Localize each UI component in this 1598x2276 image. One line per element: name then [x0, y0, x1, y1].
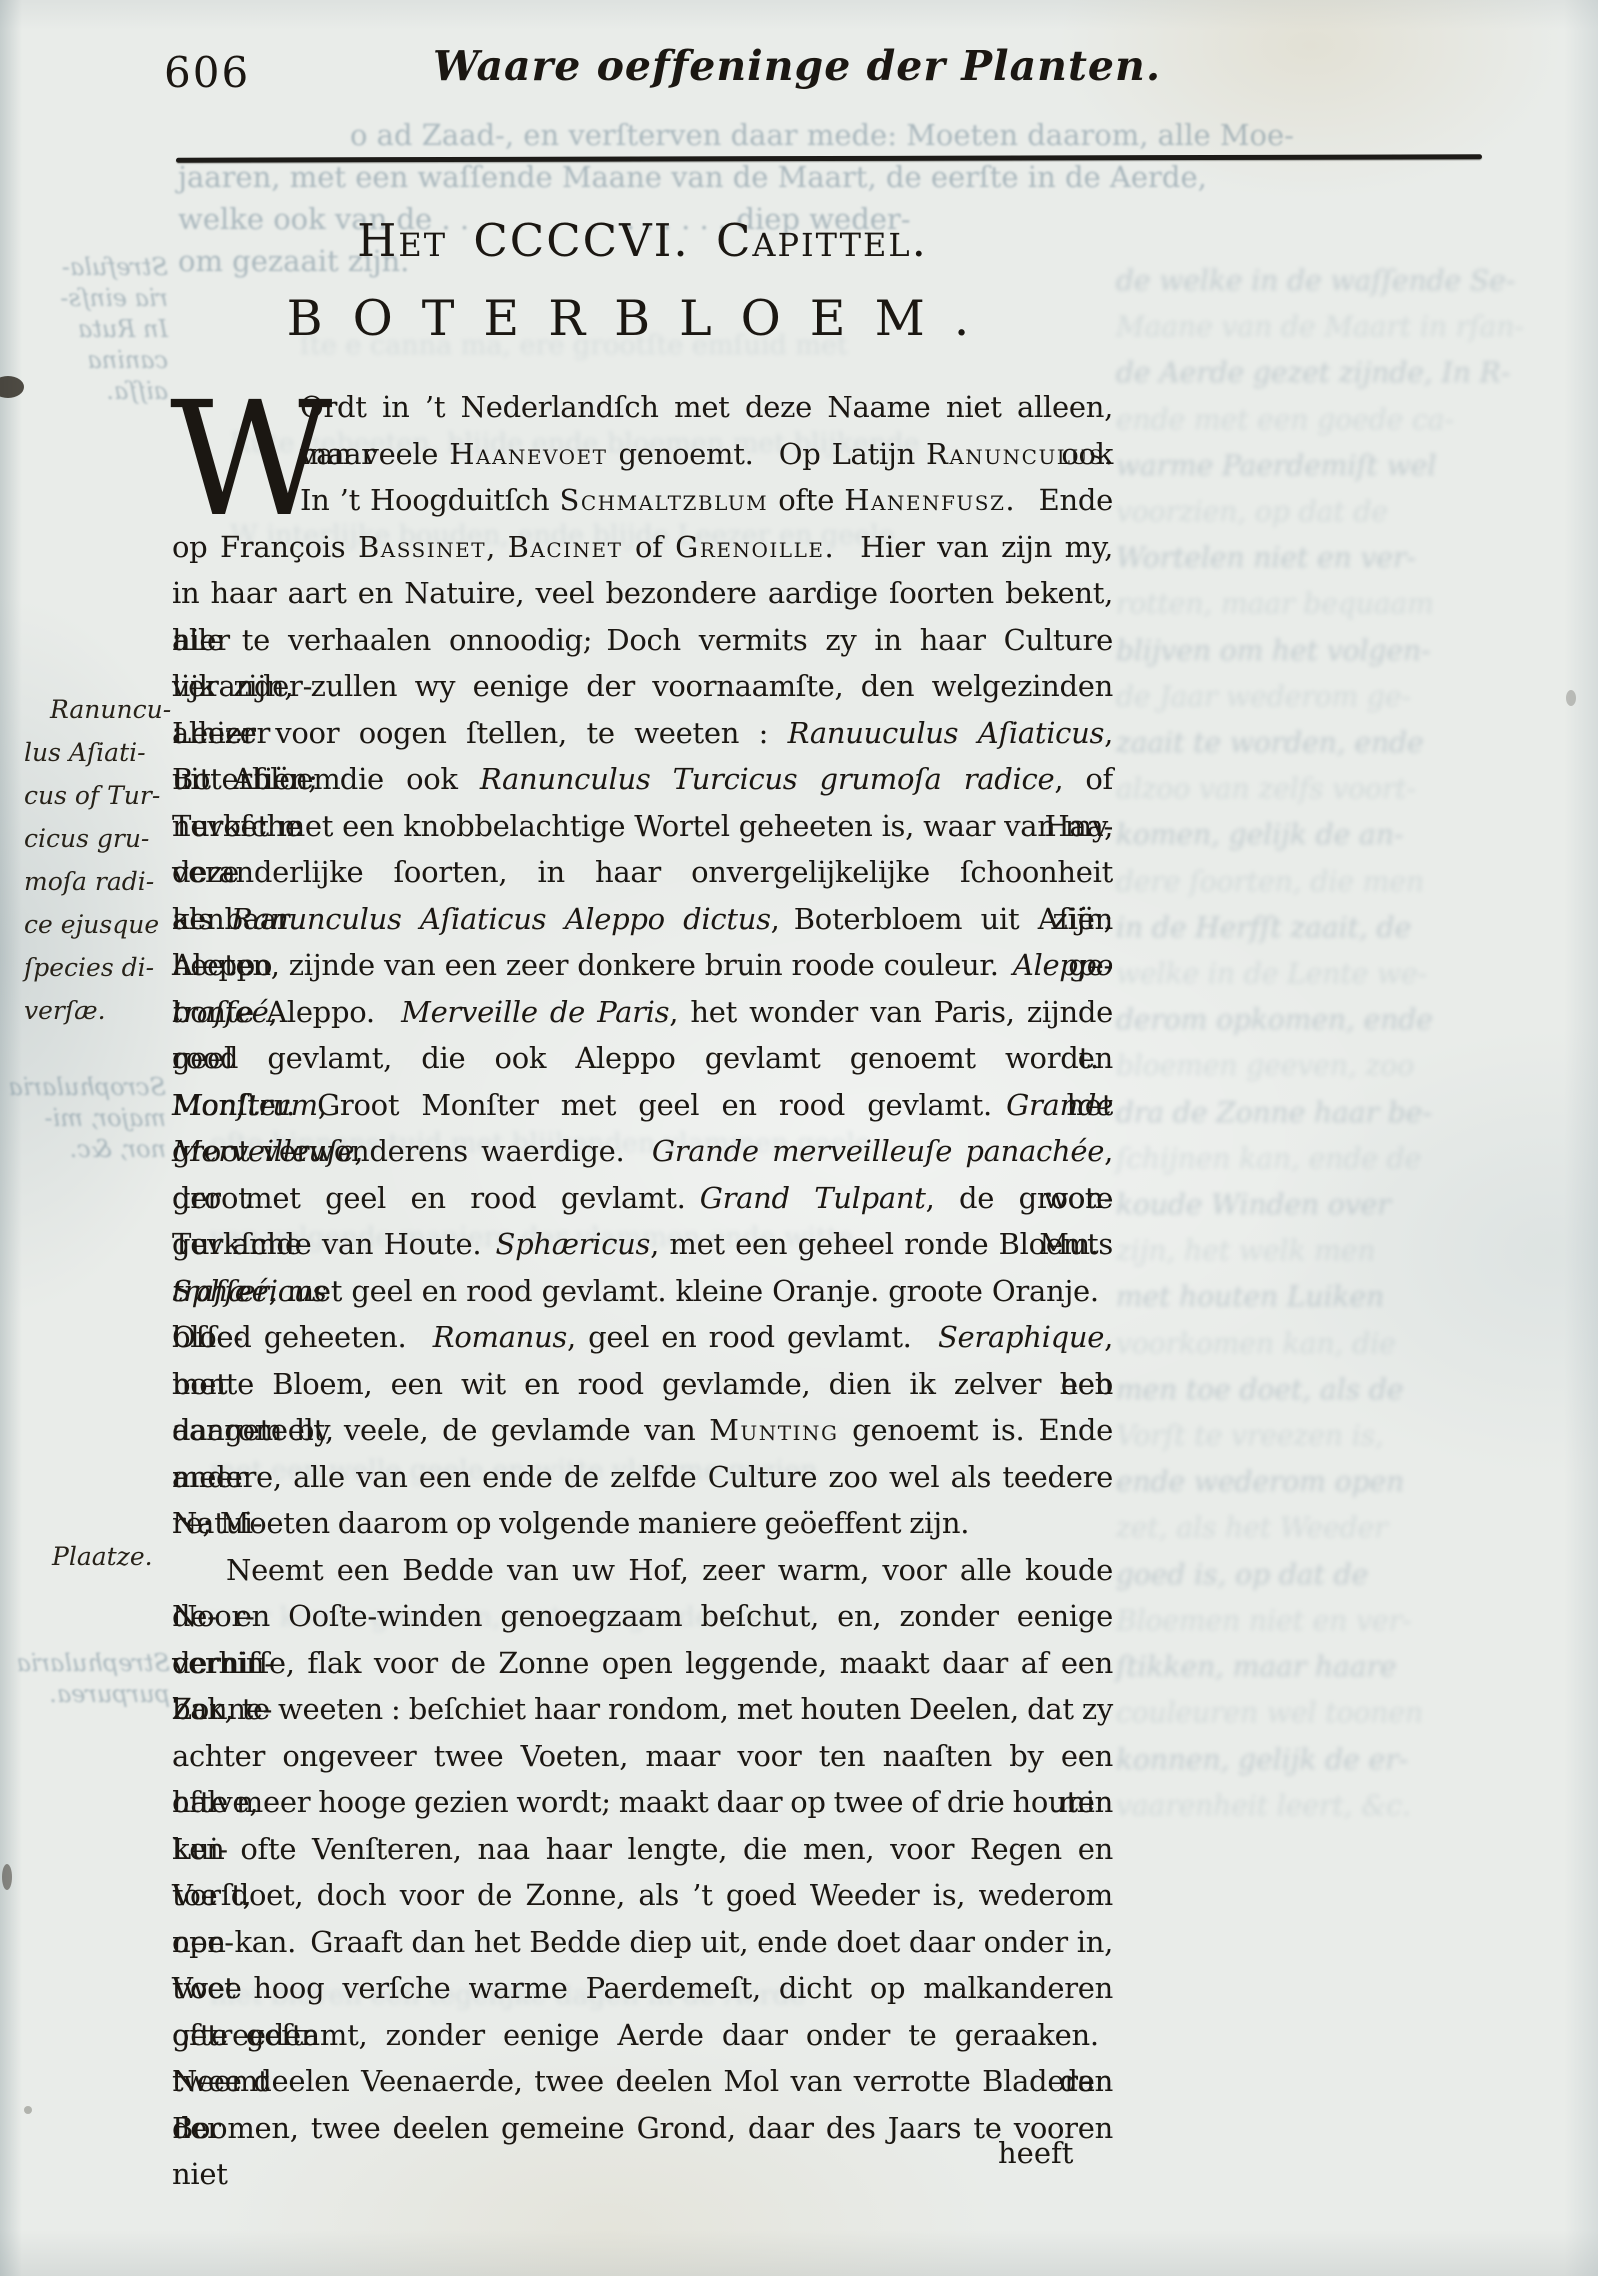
- body-text: alhier voor oogen ſtellen, te weeten :: [172, 716, 788, 750]
- chapter-title: BOTERBLOEM.: [172, 290, 1113, 347]
- body-line: In ’t Hoogduitſch Schmaltzblum ofte Hane…: [172, 477, 1113, 524]
- body-line: ofte geſtamt, zonder eenige Aerde daar o…: [172, 2012, 1113, 2059]
- page-number: 606: [164, 48, 250, 97]
- body-text: re; Moeten daarom op volgende maniere ge…: [172, 1506, 969, 1540]
- name-small-caps: Schmaltzblum: [559, 483, 768, 517]
- bleedthrough-line: ſchijnen kan, ende de: [1116, 1136, 1540, 1182]
- bleedthrough-line: couleuren wel toonen: [1116, 1690, 1540, 1736]
- body-text: In ’t Hoogduitſch: [300, 483, 559, 517]
- plant-name-italic: Romanus: [433, 1320, 567, 1354]
- body-text: heeten, zijnde van een zeer donkere brui…: [172, 948, 1013, 982]
- bleedthrough-line: dere ſoorten, die men: [1116, 859, 1540, 905]
- bleedthrough-right-column: de welke in de waſſende Se-Maane van de …: [1116, 258, 1540, 1829]
- body-line: nen kan. Graaft dan het Bedde diep uit, …: [172, 1919, 1113, 1966]
- body-line: veranderlijke ſoorten, in haar onvergeli…: [172, 849, 1113, 896]
- name-small-caps: Bassinet: [358, 530, 486, 564]
- bleedthrough-line: canina: [26, 345, 168, 376]
- body-line: daarom by veele, de gevlamde van Munting…: [172, 1407, 1113, 1454]
- body-line: Monſter. Groot Monſter met geel en rood …: [172, 1082, 1113, 1129]
- body-line: Ordt in ’t Nederlandſch met deze Naame n…: [172, 384, 1113, 431]
- body-text: ofte: [768, 483, 844, 517]
- ink-speck: [0, 376, 24, 398]
- body-line: groot verwonderens waerdige. Grande merv…: [172, 1128, 1113, 1175]
- body-text: uit Aſiën; die ook: [172, 762, 480, 796]
- body-text: van veele: [300, 437, 449, 471]
- bleedthrough-note: Strephulariapurpurea.: [28, 1648, 170, 1710]
- body-line: ofte meer hooge gezien wordt; maakt daar…: [172, 1779, 1113, 1826]
- bleedthrough-line: komen, gelijk de an-: [1116, 812, 1540, 858]
- plant-name-italic: Ranuuculus Aſiaticus: [788, 716, 1104, 750]
- body-text: genoemt. Op Latijn: [607, 437, 926, 471]
- body-text: ,: [486, 530, 507, 564]
- bleedthrough-note: Scrophulariamajor, mi-nor, &c.: [18, 1072, 166, 1165]
- plant-name-italic: Ranunculus Turcicus grumoſa radice: [480, 762, 1054, 796]
- body-text: bloed geheeten.: [172, 1320, 433, 1354]
- running-title: Waare oeffeninge der Planten.: [433, 42, 1161, 90]
- name-small-caps: Grenoille: [675, 530, 824, 564]
- body-line: toe doet, doch voor de Zonne, als ’t goe…: [172, 1872, 1113, 1919]
- margin-note-line: lus Aſiati-: [24, 731, 164, 774]
- margin-note-place: Plaatze.: [52, 1542, 153, 1571]
- name-small-caps: Haanevoet: [449, 437, 607, 471]
- bleedthrough-line: bloemen geeven, zoo: [1116, 1043, 1540, 1089]
- body-line: in haar aart en Natuire, veel bezondere …: [172, 570, 1113, 617]
- catchword: heeft: [998, 2136, 1073, 2170]
- body-line: re; Moeten daarom op volgende maniere ge…: [172, 1500, 1113, 1547]
- body-text: gevlamde van Houte.: [172, 1227, 496, 1261]
- body-line: de- en Ooſte-winden genoegzaam beſchut, …: [172, 1593, 1113, 1640]
- body-text: of: [622, 530, 675, 564]
- body-line: bonte Bloem, een wit en rood gevlamde, d…: [172, 1361, 1113, 1408]
- bleedthrough-line: welke in de Lente we-: [1116, 951, 1540, 997]
- body-line: Neemt een Bedde van uw Hof, zeer warm, v…: [172, 1547, 1113, 1594]
- body-text: der met geel en rood gevlamt.: [172, 1181, 700, 1215]
- bleedthrough-line: ria einſs-: [26, 283, 168, 314]
- bleedthrough-line: men toe doet, als de: [1116, 1367, 1540, 1413]
- body-line: bonte Aleppo. Merveille de Paris, het wo…: [172, 989, 1113, 1036]
- body-text: Boomen, twee deelen gemeine Grond, daar …: [172, 2111, 1113, 2192]
- margin-note-line: cicus gru-: [24, 817, 164, 860]
- name-small-caps: Munting: [709, 1413, 838, 1447]
- body-line: lijk zijn, zullen wy eenige der voornaam…: [172, 663, 1113, 710]
- body-text: , geel en rood gevlamt.: [567, 1320, 938, 1354]
- bleedthrough-line: In Ruta: [26, 314, 168, 345]
- body-line: heeten, zijnde van een zeer donkere brui…: [172, 942, 1113, 989]
- bleedthrough-line: zijn, het welk men: [1116, 1228, 1540, 1274]
- body-line: rood gevlamt, die ook Aleppo gevlamt gen…: [172, 1035, 1113, 1082]
- bleedthrough-line: vaarenheit leert, &c.: [1116, 1783, 1540, 1829]
- ink-speck: [1566, 690, 1576, 706]
- bleedthrough-line: aiſſa.: [26, 376, 168, 407]
- bleedthrough-note: Strefula-ria einſs-In Rutacaninaaiſſa.: [26, 252, 168, 407]
- margin-note-line: verſæ.: [24, 989, 164, 1032]
- body-text: , met een geheel ronde Bloem.: [650, 1227, 1113, 1261]
- body-line: der met geel en rood gevlamt. Grand Tulp…: [172, 1175, 1113, 1222]
- body-line: traſſeé, met geel en rood gevlamt. klein…: [172, 1268, 1113, 1315]
- margin-note-line: cus of Tur-: [24, 774, 164, 817]
- body-line: Boomen, twee deelen gemeine Grond, daar …: [172, 2105, 1113, 2152]
- body-line: alhier voor oogen ſtellen, te weeten : R…: [172, 710, 1113, 757]
- bleedthrough-line: rotten, maar bequaam: [1116, 581, 1540, 627]
- body-line: Voet hoog verſche warme Paerdemeſt, dich…: [172, 1965, 1113, 2012]
- bleedthrough-line: o ad Zaad-, en verſterven daar mede: Moe…: [350, 118, 1530, 152]
- body-text: groot verwonderens waerdige.: [172, 1134, 652, 1168]
- body-text-block: Ordt in ’t Nederlandſch met deze Naame n…: [172, 384, 1113, 2151]
- bleedthrough-line: Strephularia: [28, 1648, 170, 1679]
- bleedthrough-line: jaaren, met een waſſende Maane van de Ma…: [178, 160, 1530, 194]
- plant-name-italic: Merveille de Paris: [401, 995, 669, 1029]
- body-line: achter ongeveer twee Voeten, maar voor t…: [172, 1733, 1113, 1780]
- body-line: uit Aſiën; die ook Ranunculus Turcicus g…: [172, 756, 1113, 803]
- bleedthrough-line: voorzien, op dat de: [1116, 489, 1540, 535]
- bleedthrough-line: blijven om het volgen-: [1116, 628, 1540, 674]
- bleedthrough-line: major, mi-: [18, 1103, 166, 1134]
- bleedthrough-line: ſtikken, maar haare: [1116, 1644, 1540, 1690]
- name-small-caps: Ranunculus: [926, 437, 1104, 471]
- bleedthrough-line: de Jaar wederom ge-: [1116, 674, 1540, 720]
- bleedthrough-line: warme Paerdemiſt wel: [1116, 443, 1540, 489]
- bleedthrough-line: de Aerde gezet zijnde, In R-: [1116, 350, 1540, 396]
- plant-name-italic: traſſeé: [172, 1274, 269, 1308]
- body-line: twee deelen Veenaerde, twee deelen Mol v…: [172, 2058, 1113, 2105]
- bleedthrough-line: zaait te worden, ende: [1116, 720, 1540, 766]
- body-line: van veele Haanevoet genoemt. Op Latijn R…: [172, 431, 1113, 478]
- bleedthrough-line: konnen, gelijk de er-: [1116, 1737, 1540, 1783]
- body-line: bloed geheeten. Romanus, geel en rood ge…: [172, 1314, 1113, 1361]
- body-text: rood gevlamt, die ook Aleppo gevlamt gen…: [172, 1041, 1113, 1075]
- bleedthrough-line: nor, &c.: [18, 1134, 166, 1165]
- body-line: alle te verhaalen onnoodig; Doch vermits…: [172, 617, 1113, 664]
- body-line: nevoet met een knobbelachtige Wortel geh…: [172, 803, 1113, 850]
- bleedthrough-line: met houten Luiken: [1116, 1274, 1540, 1320]
- bleedthrough-line: Scrophularia: [18, 1072, 166, 1103]
- plant-name-italic: Ranunculus Aſiaticus Aleppo dictus: [231, 902, 771, 936]
- bleedthrough-line: derom opkomen, ende: [1116, 997, 1540, 1043]
- body-line: andere, alle van een ende de zelfde Cult…: [172, 1454, 1113, 1501]
- body-text: op François: [172, 530, 358, 564]
- plant-name-italic: Seraphique: [938, 1320, 1104, 1354]
- bleedthrough-line: purpurea.: [28, 1679, 170, 1710]
- bleedthrough-line: Wortelen niet en ver-: [1116, 535, 1540, 581]
- bleedthrough-line: dra de Zonne haar be-: [1116, 1090, 1540, 1136]
- body-line: als Ranunculus Aſiaticus Aleppo dictus, …: [172, 896, 1113, 943]
- margin-note-line: moſa radi-: [24, 860, 164, 903]
- body-text: . Hier van zijn my,: [824, 530, 1113, 564]
- name-small-caps: Hanenfusz: [844, 483, 1005, 517]
- header-rule: [176, 154, 1482, 162]
- margin-note-line: Ranuncu-: [24, 688, 164, 731]
- body-line: ken ofte Venſteren, naa haar lengte, die…: [172, 1826, 1113, 1873]
- body-line: gevlamde van Houte. Sphæricus, met een g…: [172, 1221, 1113, 1268]
- body-text: .: [1104, 437, 1113, 471]
- bleedthrough-line: Maane van de Maart in rſan-: [1116, 304, 1540, 350]
- body-text: als: [172, 902, 231, 936]
- name-small-caps: Bacinet: [508, 530, 623, 564]
- bleedthrough-line: alzoo van zelfs voort-: [1116, 766, 1540, 812]
- margin-note-line: ſpecies di-: [24, 946, 164, 989]
- margin-note-line: ce ejusque: [24, 903, 164, 946]
- body-text: Monſter. Groot Monſter met geel en rood …: [172, 1088, 1006, 1122]
- plant-name-italic: Grande merveilleuſe panachée: [652, 1134, 1104, 1168]
- bleedthrough-line: in de Herfſt zaait, de: [1116, 905, 1540, 951]
- margin-note-species: Ranuncu-lus Aſiati-cus of Tur-cicus gru-…: [24, 688, 164, 1032]
- body-line: bak, te weeten : beſchiet haar rondom, m…: [172, 1686, 1113, 1733]
- bleedthrough-line: de welke in de waſſende Se-: [1116, 258, 1540, 304]
- body-text: bak, te weeten : beſchiet haar rondom, m…: [172, 1692, 1113, 1726]
- ink-speck: [2, 1864, 12, 1890]
- bleedthrough-line: zet, als het Weeder: [1116, 1505, 1540, 1551]
- body-text: daarom by veele, de gevlamde van: [172, 1413, 709, 1447]
- bleedthrough-line: goed is, op dat de: [1116, 1552, 1540, 1598]
- book-page-scan: o ad Zaad-, en verſterven daar mede: Moe…: [0, 0, 1598, 2276]
- bleedthrough-line: ende met een goede ca-: [1116, 397, 1540, 443]
- body-text: bonte Aleppo.: [172, 995, 401, 1029]
- plant-name-italic: Grand Tulpant: [700, 1181, 926, 1215]
- bleedthrough-line: voorkomen kan, die: [1116, 1321, 1540, 1367]
- body-text: . Ende: [1005, 483, 1113, 517]
- bleedthrough-line: Bloemen niet en ver-: [1116, 1598, 1540, 1644]
- body-line: derniſſe, flak voor de Zonne open leggen…: [172, 1640, 1113, 1687]
- body-line: op François Bassinet, Bacinet of Grenoil…: [172, 524, 1113, 571]
- bleedthrough-line: Vorſt te vreezen is,: [1116, 1413, 1540, 1459]
- chapter-heading: Het CCCCVI. Capittel.: [172, 214, 1113, 267]
- ink-speck: [24, 2106, 32, 2114]
- bleedthrough-line: koude Winden over: [1116, 1182, 1540, 1228]
- plant-name-italic: Sphæricus: [496, 1227, 651, 1261]
- bleedthrough-line: ende wederom open: [1116, 1459, 1540, 1505]
- bleedthrough-line: Strefula-: [26, 252, 168, 283]
